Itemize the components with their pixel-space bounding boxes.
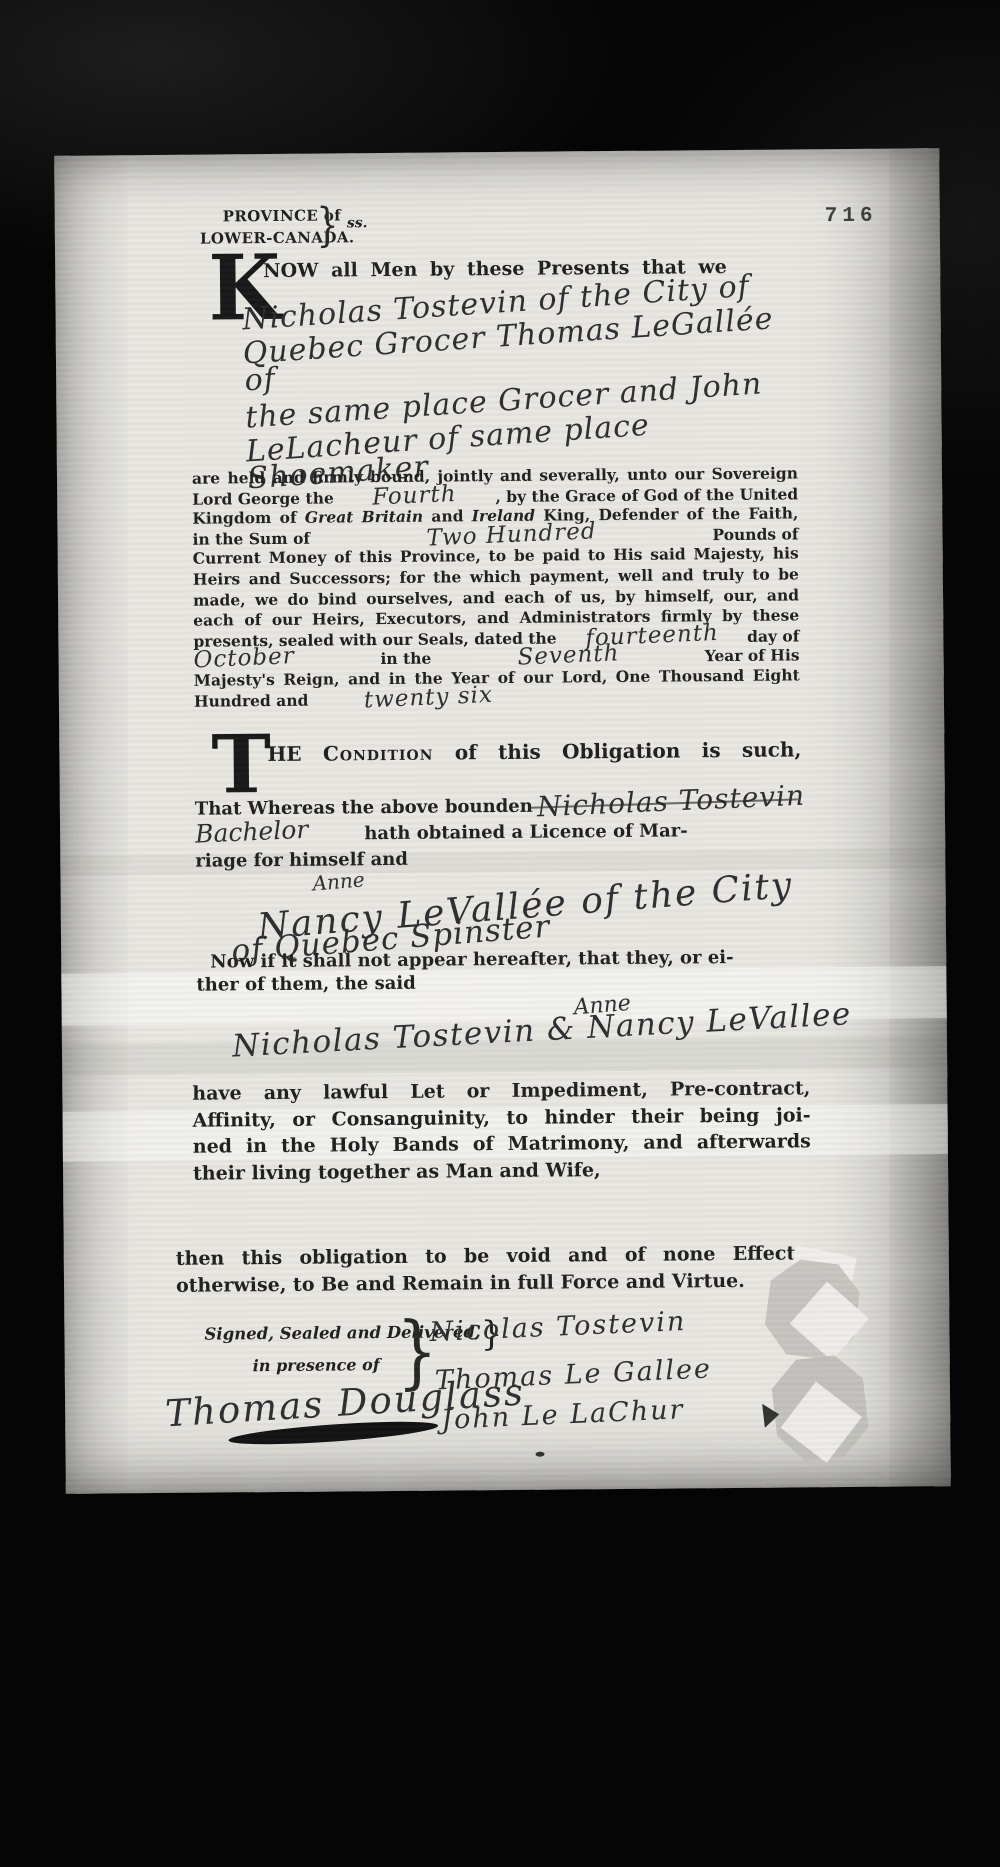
- signature-obligor-2: Thomas Le Gallee: [434, 1353, 712, 1396]
- handwritten-text: Bachelor: [195, 824, 309, 841]
- condition-heading: HE Condition of this Obligation is such,: [267, 737, 801, 766]
- text-line: ned in the Holy Bands of Matrimony, and …: [193, 1128, 811, 1160]
- handwritten-text: Two Hundred: [426, 526, 596, 545]
- page-number: 716: [825, 205, 878, 228]
- printed-text: hath obtained a Licence of Mar-: [364, 818, 688, 847]
- printed-text: , by the Grace of God of the United: [495, 484, 798, 506]
- printed-text: ned in the Holy Bands of Matrimony, and …: [193, 1130, 811, 1157]
- printed-text: Affinity, or Consanguinity, to hinder th…: [193, 1104, 811, 1131]
- ink-spot: [536, 1452, 545, 1457]
- printed-text: have any lawful Let or Impediment, Pre-c…: [192, 1077, 810, 1104]
- signature-obligor-1: Nicolas Tostevin: [429, 1306, 687, 1348]
- printed-text: Now if it shall not appear hereafter, th…: [210, 947, 733, 973]
- handwritten-text: Seventh: [517, 649, 619, 665]
- dropcap-t: T: [211, 736, 271, 793]
- printed-text: of this Obligation is such,: [433, 737, 801, 764]
- printed-text: Hundred and: [194, 690, 309, 711]
- photograph-background: PROVINCE of LOWER-CANADA. } ss. 716 K NO…: [0, 0, 1000, 1867]
- printed-text: Lord George the: [192, 488, 334, 509]
- printed-text: riage for himself and: [195, 849, 408, 872]
- printed-text: Great Britain: [305, 507, 423, 527]
- ss-abbreviation: ss.: [347, 215, 368, 231]
- printed-text: their living together as Man and Wife,: [193, 1159, 601, 1185]
- bond-clause: are held and firmly bound, jointly and s…: [192, 463, 800, 710]
- text-line: ther of them, the said: [196, 968, 808, 996]
- text-line: Hundred andtwenty six: [194, 686, 800, 711]
- printed-text: ther of them, the said: [196, 973, 416, 996]
- void-clause: then this obligation to be void and of n…: [176, 1240, 802, 1299]
- couple-names-handwritten: Nicholas Tostevin & Nancy LeVallee: [231, 999, 792, 1064]
- printed-text: in the Sum of: [192, 528, 310, 549]
- impediment-clause: have any lawful Let or Impediment, Pre-c…: [192, 1075, 811, 1186]
- printed-text: Kingdom of: [192, 508, 305, 528]
- printed-text: day of: [747, 626, 799, 646]
- handwritten-text: Fourth: [372, 489, 457, 504]
- header-brace: }: [316, 197, 338, 251]
- text-line: HE Condition of this Obligation is such,: [267, 737, 801, 766]
- printed-text: Condition: [323, 741, 434, 766]
- now-clause: Now if it shall not appear hereafter, th…: [196, 945, 808, 996]
- handwritten-text: October: [193, 651, 295, 667]
- printed-text: Pounds of: [712, 524, 798, 544]
- printed-text: Year of His: [705, 646, 800, 666]
- printed-text: otherwise, to Be and Remain in full Forc…: [176, 1270, 745, 1297]
- text-line: otherwise, to Be and Remain in full Forc…: [176, 1267, 802, 1299]
- text-line: their living together as Man and Wife,: [193, 1155, 811, 1187]
- printed-text: in the: [380, 649, 431, 669]
- wafer-seals: [759, 1251, 873, 1477]
- document-paper: PROVINCE of LOWER-CANADA. } ss. 716 K NO…: [54, 148, 951, 1494]
- bride-inserted-name: Anne: [312, 867, 366, 895]
- condition-clause: That Whereas the above boundenNicholas T…: [195, 791, 806, 874]
- in-presence-of-line: in presence of: [253, 1355, 380, 1375]
- obligors-handwritten-block: Nicholas Tostevin of the City ofQuebec G…: [241, 275, 812, 489]
- printed-text: then this obligation to be void and of n…: [176, 1242, 802, 1269]
- handwritten-text: twenty six: [364, 689, 493, 706]
- printed-text: HE: [267, 742, 323, 766]
